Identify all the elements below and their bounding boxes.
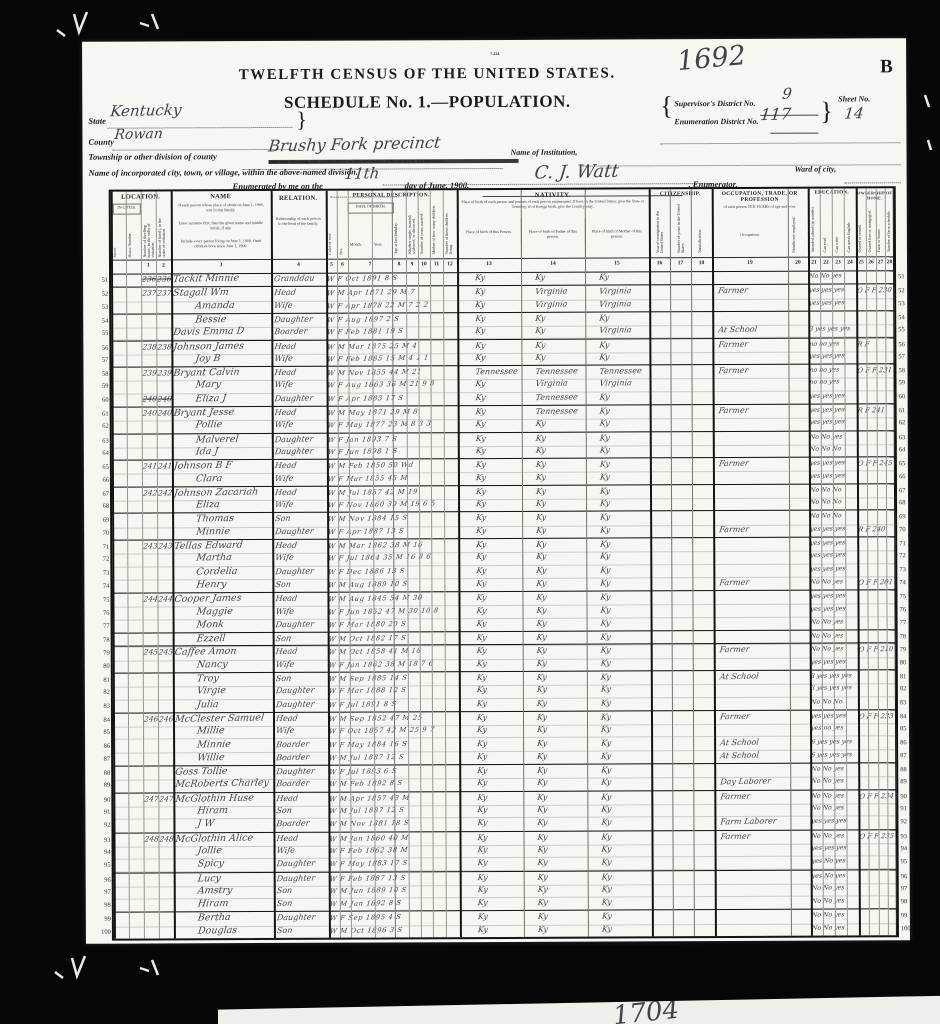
name-entry: Tackit Minnie xyxy=(172,274,239,285)
birthplace-entry: Ky xyxy=(476,674,487,682)
ownership-entry: R F 240 xyxy=(858,526,886,533)
line-number-left: 81 xyxy=(96,677,110,684)
father-birthplace-entry: Ky xyxy=(535,315,546,323)
name-entry: Ezzell xyxy=(196,634,226,644)
column-number: 8 xyxy=(392,261,406,267)
line-number-left: 91 xyxy=(96,809,110,816)
education-entry: No No yes xyxy=(811,898,844,905)
census-page: 7-224 TWELFTH CENSUS OF THE UNITED STATE… xyxy=(82,38,910,944)
supervisor-value: 9 xyxy=(782,87,793,102)
name-entry: Julia xyxy=(196,700,219,710)
birthplace-entry: Ky xyxy=(475,420,486,428)
birthplace-entry: Ky xyxy=(477,767,488,775)
schedule-title: SCHEDULE No. 1.—POPULATION. xyxy=(202,91,652,113)
line-number-left: 86 xyxy=(96,742,110,749)
line-number-left: 66 xyxy=(95,476,109,483)
header-occupation: OCCUPATION, TRADE, OR PROFESSIONof each … xyxy=(712,189,808,257)
line-number-left: 79 xyxy=(96,650,110,657)
personal-description-entry: W M Mar 1862 38 M 16 xyxy=(328,542,424,551)
birthplace-entry: Ky xyxy=(476,527,487,535)
birthplace-entry: Ky xyxy=(477,846,488,854)
line-number-right: 80 xyxy=(900,659,916,666)
personal-description-entry: W M Jan 1860 40 M xyxy=(329,834,409,842)
father-birthplace-entry: Ky xyxy=(537,913,548,921)
line-number-right: 90 xyxy=(900,793,916,800)
line-number-right: 81 xyxy=(900,673,916,680)
father-birthplace-entry: Tennessee xyxy=(535,407,578,416)
ownership-sub: Owned or rented. xyxy=(858,198,865,252)
column-number: 16 xyxy=(649,260,670,266)
dwelling-number: 245 xyxy=(143,649,158,657)
father-birthplace-entry: Ky xyxy=(535,461,546,469)
father-birthplace-entry: Ky xyxy=(535,327,546,335)
birthplace-entry: Ky xyxy=(477,859,488,867)
father-birthplace-entry: Ky xyxy=(536,606,547,614)
education-entry: no no yes xyxy=(809,367,839,374)
father-birthplace-entry: Ky xyxy=(536,634,547,642)
sheet-value: 14 xyxy=(844,106,865,121)
personal-description-entry: W F Jan 1862 38 M 18 7 6 xyxy=(328,660,434,669)
birthplace-entry: Ky xyxy=(475,274,486,282)
mother-birthplace-entry: Ky xyxy=(600,566,611,574)
mother-birthplace-entry: Ky xyxy=(600,647,611,655)
occupation-entry: Farmer xyxy=(720,832,751,841)
relation-entry: Wife xyxy=(275,501,294,509)
name-entry: Monk xyxy=(196,620,225,630)
birthplace-entry: Ky xyxy=(476,514,487,522)
line-number-right: 77 xyxy=(900,619,916,626)
relation-entry: Head xyxy=(274,489,297,497)
birthplace-entry: Ky xyxy=(476,620,487,628)
birthplace-entry: Ky xyxy=(475,354,486,362)
relation-entry: Daughter xyxy=(274,394,313,403)
father-birthplace-entry: Ky xyxy=(536,488,547,496)
occupation-entry: Farmer xyxy=(719,525,750,534)
father-birthplace-entry: Tennessee xyxy=(535,393,578,402)
occupation-entry: Farmer xyxy=(718,460,749,469)
education-entry: yes yes yes xyxy=(810,566,846,573)
district-brace-left: { xyxy=(660,91,673,121)
line-number-right: 74 xyxy=(899,579,915,586)
page-title: TWELFTH CENSUS OF THE UNITED STATES. xyxy=(82,65,772,85)
column-number: 17 xyxy=(670,260,691,266)
father-birthplace-entry: Ky xyxy=(536,620,547,628)
mother-birthplace-entry: Ky xyxy=(601,925,612,933)
occupation-entry: Farm Laborer xyxy=(720,818,777,827)
location-sub: House Number. xyxy=(128,216,138,258)
dwelling-number: 247 xyxy=(144,795,159,803)
name-entry: Maggie xyxy=(196,606,233,616)
line-number-right: 53 xyxy=(898,300,914,307)
father-birthplace-entry: Ky xyxy=(536,659,547,667)
birthplace-entry: Ky xyxy=(476,500,487,508)
family-number: 244 xyxy=(158,595,173,603)
mother-birthplace-entry: Ky xyxy=(601,859,612,867)
name-entry: Nancy xyxy=(196,660,228,670)
column-number: 26 xyxy=(866,259,876,265)
mother-birthplace-entry: Ky xyxy=(600,673,611,681)
personal-description-entry: W F Feb 1862 38 M xyxy=(329,847,408,855)
ownership-entry: R F 241 xyxy=(857,407,885,414)
birthplace-entry: Ky xyxy=(476,594,487,602)
birthplace-entry: Ky xyxy=(477,873,488,881)
personal-description-entry: W M Nov 1855 44 M 21 xyxy=(327,369,422,378)
name-entry: Hiram xyxy=(197,899,229,909)
line-number-right: 93 xyxy=(900,833,916,840)
father-birthplace-entry: Ky xyxy=(537,767,548,775)
name-entry: Clara xyxy=(195,474,222,484)
mother-birthplace-entry: Ky xyxy=(601,913,612,921)
birthplace-entry: Ky xyxy=(477,899,488,907)
mother-birthplace-entry: Ky xyxy=(600,540,611,548)
township-label: Township or other division of county xyxy=(89,151,217,162)
birthplace-entry: Ky xyxy=(475,341,486,349)
mother-birthplace-entry: Ky xyxy=(601,752,612,760)
birthplace-entry: Ky xyxy=(475,394,486,402)
name-entry: Spicy xyxy=(197,859,225,869)
mother-birthplace-entry: Ky xyxy=(601,873,612,881)
education-entry: No No No xyxy=(811,699,843,706)
dwelling-number: 248 xyxy=(144,835,159,843)
education-sub: Can read. xyxy=(823,201,831,253)
line-number-right: 52 xyxy=(898,287,914,294)
relation-entry: Daughter xyxy=(276,768,315,777)
education-entry: No No No xyxy=(810,499,842,506)
father-birthplace-entry: Ky xyxy=(536,526,547,534)
line-number-left: 100 xyxy=(97,928,111,935)
line-number-left: 97 xyxy=(97,888,111,895)
column-number: 27 xyxy=(876,259,885,265)
education-entry: No No No xyxy=(810,514,842,521)
birthplace-entry: Ky xyxy=(476,541,487,549)
mother-birthplace-entry: Ky xyxy=(599,353,610,361)
birthplace-entry: Ky xyxy=(476,714,487,722)
name-entry: Virgie xyxy=(196,686,226,696)
education-entry: yes yes yes xyxy=(810,606,846,613)
family-number: 238 xyxy=(157,343,172,351)
line-number-left: 85 xyxy=(96,729,110,736)
line-number-right: 98 xyxy=(901,898,917,905)
education-entry: yes yes yes xyxy=(810,526,846,533)
personal-description-entry: W M Feb 1850 50 Wd xyxy=(327,462,414,470)
occupation-entry: Farmer xyxy=(718,287,749,296)
line-number-left: 74 xyxy=(95,583,109,590)
relation-entry: Daughter xyxy=(275,567,314,576)
mother-birthplace-entry: Ky xyxy=(600,553,611,561)
relation-entry: Daughter xyxy=(275,620,314,629)
family-number: 247 xyxy=(159,795,174,803)
relation-entry: Wife xyxy=(274,301,293,309)
occupation-entry: Farmer xyxy=(719,579,750,588)
mother-birthplace-entry: Ky xyxy=(599,314,610,322)
name-entry: Douglas xyxy=(197,926,237,936)
county-label: County xyxy=(88,137,114,147)
ownership-entry: O F F 245 xyxy=(857,460,892,467)
mother-birthplace-entry: Ky xyxy=(600,659,611,667)
birthplace-entry: Ky xyxy=(476,686,487,694)
line-number-left: 64 xyxy=(95,450,109,457)
line-number-left: 94 xyxy=(97,849,111,856)
personal-description-entry: W F May 1877 23 M 8 3 3 xyxy=(327,421,432,430)
census-row: 100100DouglasSonW M Oct 1896 3 SKyKyKyNo… xyxy=(114,922,897,940)
occupation-entry: Farmer xyxy=(718,407,749,416)
father-birthplace-entry: Ky xyxy=(537,925,548,933)
citizenship-label: CITIZENSHIP. xyxy=(649,191,712,197)
relation-entry: Daughter xyxy=(276,860,315,869)
line-number-left: 77 xyxy=(96,622,110,629)
father-birthplace-entry: Ky xyxy=(536,699,547,707)
supervisor-label: Supervisor's District No. xyxy=(674,99,755,108)
education-entry: no no yes xyxy=(809,380,839,387)
education-entry: yes yes yes xyxy=(809,353,845,360)
personal-description-entry: W F Mar 1888 12 S xyxy=(328,687,407,695)
mother-birthplace-entry: Ky xyxy=(599,434,610,442)
sheet-label: Sheet No. xyxy=(838,94,870,103)
dob-year: Year. xyxy=(374,242,382,246)
birthplace-entry: Ky xyxy=(475,473,486,481)
mother-birthplace-entry: Ky xyxy=(601,726,612,734)
name-entry: Eliza J xyxy=(195,394,227,404)
column-number: 9 xyxy=(406,261,418,267)
line-number-left: 52 xyxy=(94,291,108,298)
mother-birthplace-entry: Ky xyxy=(599,461,610,469)
name-entry: Bryant Calvin xyxy=(173,368,240,379)
line-number-right: 87 xyxy=(900,752,916,759)
relation-entry: Daughter xyxy=(275,687,314,696)
relation-entry: Wife xyxy=(275,554,294,562)
line-number-right: 73 xyxy=(899,566,915,573)
education-entry: yes yes yes xyxy=(810,553,846,560)
enumeration-label: Enumeration District No. xyxy=(674,117,758,126)
father-birthplace-entry: Ky xyxy=(535,274,546,282)
line-number-left: 80 xyxy=(96,662,110,669)
name-entry: Minnie xyxy=(196,527,231,537)
name-entry: Ida J xyxy=(195,447,219,457)
occupation-sub2: Months not employed. xyxy=(792,203,800,253)
relation-entry: Daughter xyxy=(274,447,313,456)
birthplace-entry: Ky xyxy=(476,660,487,668)
relation-entry: Son xyxy=(275,635,291,643)
education-entry: No No No xyxy=(809,446,841,453)
mother-birthplace-entry: Ky xyxy=(600,619,611,627)
name-entry: Bryant Jesse xyxy=(173,408,235,419)
line-number-left: 99 xyxy=(97,916,111,923)
relation-entry: Daughter xyxy=(274,435,313,444)
name-label: NAME xyxy=(171,193,271,200)
personal-description-entry: W F Mar 1855 45 M xyxy=(327,474,408,482)
name-entry: Joy B xyxy=(195,354,221,364)
birthplace-entry: Ky xyxy=(476,700,487,708)
birthplace-entry: Ky xyxy=(475,288,486,296)
name-entry: J W xyxy=(197,819,215,829)
line-number-right: 63 xyxy=(899,434,915,441)
father-birthplace-entry: Ky xyxy=(537,806,548,814)
line-number-right: 61 xyxy=(899,407,915,414)
township-value: Brushy Fork precinct xyxy=(268,135,442,155)
education-entry: yes yes yes xyxy=(810,593,846,600)
occupation-entry: At School xyxy=(720,751,760,760)
mother-birthplace-entry: Ky xyxy=(601,805,612,813)
education-entry: No No yes xyxy=(810,647,843,654)
relation-entry: Wife xyxy=(276,727,295,735)
line-number-right: 96 xyxy=(901,873,917,880)
column-number: 20 xyxy=(788,260,808,266)
line-number-left: 90 xyxy=(96,796,110,803)
relation-entry: Head xyxy=(276,794,299,802)
line-number-right: 91 xyxy=(900,805,916,812)
relation-note: Relationship of each person to the head … xyxy=(275,217,322,226)
relation-entry: Daughter xyxy=(275,527,314,536)
dwelling-number: 243 xyxy=(143,542,158,550)
birthplace-entry: Ky xyxy=(475,461,486,469)
mother-birthplace-entry: Ky xyxy=(601,899,612,907)
ownership-entry: O F F 231 xyxy=(857,367,892,374)
education-entry: yes yes yes xyxy=(811,713,847,720)
line-number-right: 85 xyxy=(900,725,916,732)
relation-entry: Head xyxy=(275,648,298,656)
education-entry: No No yes xyxy=(809,434,842,441)
line-number-right: 66 xyxy=(899,473,915,480)
relation-entry: Son xyxy=(276,926,292,934)
father-birthplace-entry: Ky xyxy=(537,833,548,841)
relation-entry: Boarder xyxy=(276,753,310,762)
education-entry: No No yes xyxy=(809,273,842,280)
mother-birthplace-entry: Ky xyxy=(600,514,611,522)
handwritten-page-number: 1692 xyxy=(676,42,747,75)
line-number-right: 54 xyxy=(898,314,914,321)
name-entry: Stagall Wm xyxy=(173,288,230,299)
education-sub: Can speak English. xyxy=(847,200,855,252)
relation-entry: Son xyxy=(275,581,291,589)
line-number-left: 56 xyxy=(94,344,108,351)
line-number-right: 75 xyxy=(899,593,915,600)
line-number-right: 94 xyxy=(901,845,917,852)
line-number-right: 84 xyxy=(900,713,916,720)
personal-sub: Number of years married. xyxy=(420,204,428,254)
line-number-right: 99 xyxy=(901,913,917,920)
personal-description-entry: W F Jun 1852 47 M 30 10 8 xyxy=(328,607,439,616)
occupation-entry: Farmer xyxy=(720,792,751,801)
father-birthplace-entry: Ky xyxy=(536,580,547,588)
line-number-right: 86 xyxy=(900,739,916,746)
column-number: 21 xyxy=(808,260,820,266)
birthplace-entry: Ky xyxy=(477,794,488,802)
family-number: 245 xyxy=(158,649,173,657)
birthplace-entry: Ky xyxy=(476,647,487,655)
enumerated-day: 11th xyxy=(344,166,380,182)
personal-sub: Number of these children living. xyxy=(445,204,453,254)
line-number-right: 59 xyxy=(899,380,915,387)
city-label: Name of incorporated city, town, or vill… xyxy=(89,167,358,178)
dwelling-number: 241 xyxy=(142,463,157,471)
father-birthplace-entry: Ky xyxy=(536,714,547,722)
dwelling-number: 240 xyxy=(142,395,157,403)
personal-description-entry: W M Oct 1882 17 S xyxy=(328,635,407,643)
education-entry: No No yes xyxy=(811,805,844,812)
father-birthplace-entry: Ky xyxy=(536,553,547,561)
relation-entry: Daughter xyxy=(275,700,314,709)
relation-entry: Head xyxy=(274,369,297,377)
mother-birthplace-entry: Ky xyxy=(600,487,611,495)
relation-entry: Head xyxy=(275,595,298,603)
line-number-left: 98 xyxy=(97,902,111,909)
relation-entry: Son xyxy=(276,807,292,815)
education-entry: No No yes xyxy=(810,619,843,626)
line-number-left: 71 xyxy=(95,544,109,551)
personal-description-entry: W F Mar 1880 20 S xyxy=(328,621,407,629)
line-number-right: 72 xyxy=(899,552,915,559)
line-number-right: 62 xyxy=(899,419,915,426)
birthplace-entry: Ky xyxy=(475,447,486,455)
line-number-right: 78 xyxy=(900,633,916,640)
birthplace-entry: Ky xyxy=(476,567,487,575)
education-entry: yes yes yes xyxy=(810,540,846,547)
line-number-left: 78 xyxy=(96,637,110,644)
occupation-entry: At School xyxy=(718,326,758,335)
mother-birthplace-entry: Ky xyxy=(601,767,612,775)
dwelling-number: 246 xyxy=(144,715,159,723)
column-number: 13 xyxy=(457,261,521,267)
birthplace-entry: Ky xyxy=(476,553,487,561)
line-number-right: 95 xyxy=(901,858,917,865)
education-entry: No No No xyxy=(810,487,842,494)
column-number: 23 xyxy=(832,259,844,265)
mother-birthplace-entry: Ky xyxy=(599,473,610,481)
column-number: 5 xyxy=(326,262,337,268)
column-number: 19 xyxy=(712,260,788,266)
relation-entry: Granddau xyxy=(274,275,315,284)
enumeration-value: 117 xyxy=(760,106,792,123)
family-number: 240 xyxy=(157,409,172,417)
mother-birthplace-entry: Ky xyxy=(600,500,611,508)
relation-entry: Boarder xyxy=(276,740,310,749)
birthplace-entry: Ky xyxy=(475,408,486,416)
line-number-left: 96 xyxy=(97,876,111,883)
column-number: 10 xyxy=(418,261,430,267)
name-entry: Martha xyxy=(196,553,233,563)
birthplace-entry: Ky xyxy=(477,726,488,734)
education-entry: yes yes yes xyxy=(811,819,847,826)
name-entry: Amstry xyxy=(197,886,233,896)
education-sub: Can write. xyxy=(835,200,843,252)
line-number-left: 84 xyxy=(96,717,110,724)
father-birthplace-entry: Ky xyxy=(536,566,547,574)
line-number-left: 83 xyxy=(96,702,110,709)
personal-sub: Sex. xyxy=(339,205,347,255)
education-entry: yes yes yes xyxy=(809,420,845,427)
occupation-entry: Day Laborer xyxy=(720,778,772,787)
father-birthplace-entry: Ky xyxy=(537,819,548,827)
line-number-left: 70 xyxy=(95,529,109,536)
line-number-right: 56 xyxy=(898,341,914,348)
line-number-left: 53 xyxy=(94,303,108,310)
relation-entry: Wife xyxy=(276,847,295,855)
education-entry: yes yes yes xyxy=(809,393,845,400)
column-number: 2 xyxy=(156,262,171,268)
name-entry: Troy xyxy=(196,674,219,684)
line-number-left: 60 xyxy=(95,396,109,403)
education-entry: No No yes xyxy=(811,779,844,786)
census-scan: { "header": { "form_number": "7-224", "t… xyxy=(0,0,940,1024)
personal-sub: Color or race. xyxy=(328,205,336,255)
line-number-left: 54 xyxy=(94,318,108,325)
name-entry: McRoberts Charley xyxy=(175,779,270,790)
education-entry: yes no yes xyxy=(811,725,844,732)
birthplace-entry: Ky xyxy=(477,779,488,787)
birthplace-entry: Ky xyxy=(475,435,486,443)
father-birthplace-entry: Ky xyxy=(537,793,548,801)
name-entry: Cooper James xyxy=(174,594,242,605)
